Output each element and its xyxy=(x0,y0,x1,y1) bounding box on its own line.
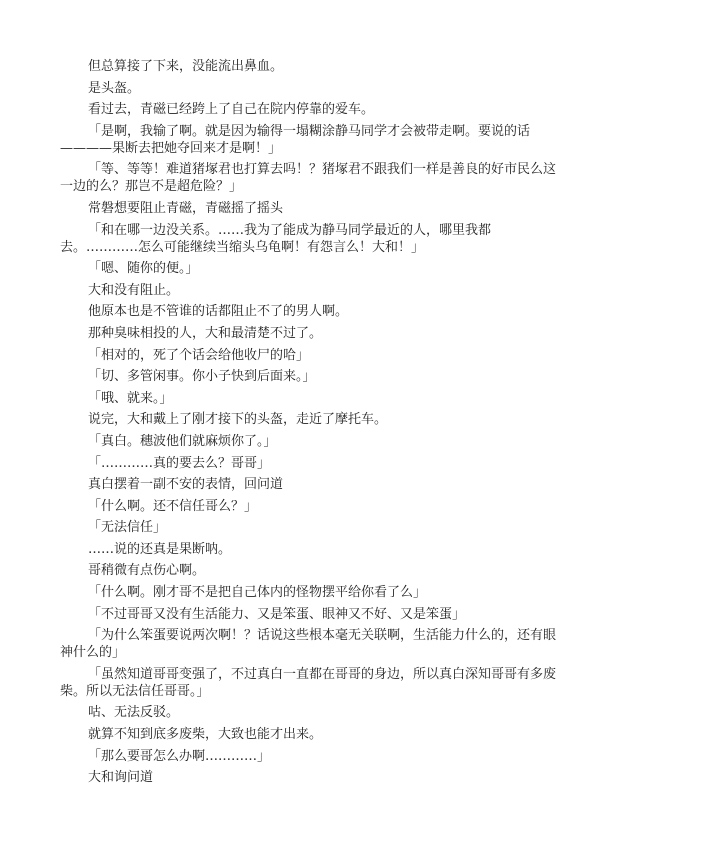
paragraph: 「不过哥哥又没有生活能力、又是笨蛋、眼神又不好、又是笨蛋」 xyxy=(60,606,560,623)
paragraph: 就算不知到底多废柴，大致也能才出来。 xyxy=(60,726,560,743)
paragraph: 「无法信任」 xyxy=(60,519,560,536)
paragraph: 他原本也是不管谁的话都阻止不了的男人啊。 xyxy=(60,303,560,320)
document-body: 但总算接了下来，没能流出鼻血。 是头盔。 看过去，青磁已经跨上了自己在院内停靠的… xyxy=(60,58,560,791)
paragraph: 说完，大和戴上了刚才接下的头盔，走近了摩托车。 xyxy=(60,411,560,428)
paragraph: 「…………真的要去么？哥哥」 xyxy=(60,455,560,472)
paragraph: 大和没有阻止。 xyxy=(60,282,560,299)
paragraph: ……说的还真是果断呐。 xyxy=(60,541,560,558)
paragraph: 真白摆着一副不安的表情，回问道 xyxy=(60,476,560,493)
paragraph: 但总算接了下来，没能流出鼻血。 xyxy=(60,58,560,75)
paragraph: 「为什么笨蛋要说两次啊！？话说这些根本毫无关联啊，生活能力什么的，还有眼神什么的… xyxy=(60,627,560,661)
paragraph: 常磐想要阻止青磁，青磁摇了摇头 xyxy=(60,200,560,217)
paragraph: 大和询问道 xyxy=(60,769,560,786)
paragraph: 「什么啊。刚才哥不是把自己体内的怪物摆平给你看了么」 xyxy=(60,584,560,601)
paragraph: 「是啊，我输了啊。就是因为输得一塌糊涂静马同学才会被带走啊。要说的话————果断… xyxy=(60,123,560,157)
paragraph: 是头盔。 xyxy=(60,80,560,97)
paragraph: 「虽然知道哥哥变强了，不过真白一直都在哥哥的身边，所以真白深知哥哥有多废柴。所以… xyxy=(60,666,560,700)
paragraph: 「什么啊。还不信任哥么？」 xyxy=(60,498,560,515)
paragraph: 「那么要哥怎么办啊…………」 xyxy=(60,748,560,765)
paragraph: 哥稍微有点伤心啊。 xyxy=(60,562,560,579)
paragraph: 看过去，青磁已经跨上了自己在院内停靠的爱车。 xyxy=(60,101,560,118)
paragraph: 「嗯、随你的便。」 xyxy=(60,260,560,277)
paragraph: 咕、无法反驳。 xyxy=(60,704,560,721)
paragraph: 那种臭味相投的人，大和最清楚不过了。 xyxy=(60,325,560,342)
paragraph: 「相对的，死了个话会给他收尸的哈」 xyxy=(60,347,560,364)
paragraph: 「等、等等！难道猪塚君也打算去吗！？猪塚君不跟我们一样是善良的好市民么这一边的么… xyxy=(60,161,560,195)
paragraph: 「和在哪一边没关系。……我为了能成为静马同学最近的人，哪里我都去。…………怎么可… xyxy=(60,222,560,256)
paragraph: 「哦、就来。」 xyxy=(60,390,560,407)
paragraph: 「切、多管闲事。你小子快到后面来。」 xyxy=(60,368,560,385)
paragraph: 「真白。穗波他们就麻烦你了。」 xyxy=(60,433,560,450)
